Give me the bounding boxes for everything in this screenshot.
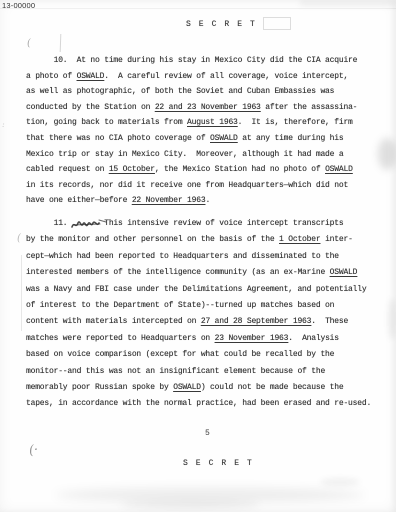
scan-artifact <box>0 8 396 9</box>
paragraph-10: 10. At no time during his stay in Mexico… <box>26 53 357 209</box>
text-line: tapes, in accordance with the normal pra… <box>26 396 371 412</box>
scan-artifact <box>300 0 396 6</box>
handwritten-edge-mark: : <box>2 120 5 129</box>
text-line: in its records, nor did it receive one f… <box>26 178 357 194</box>
page-number: 5 <box>205 429 210 438</box>
handwritten-paren-mark: ( <box>27 38 32 49</box>
document-page: 13-00000 S E C R E T ( : ( (· 10. At no … <box>0 0 396 512</box>
classification-header: S E C R E T <box>186 20 256 29</box>
scan-artifact <box>55 488 365 502</box>
handwritten-tick-mark <box>60 34 62 52</box>
scan-artifact <box>120 500 260 509</box>
text-line: have one either—before 22 November 1963. <box>26 193 357 209</box>
text-line: monitor--and this was not an insignifica… <box>26 364 371 380</box>
scan-artifact <box>388 298 396 340</box>
scan-artifact <box>320 478 360 486</box>
text-line: matches were reported to Headquarters on… <box>26 331 371 347</box>
text-line: 11. This intensive review of voice inter… <box>26 216 371 232</box>
text-line: based on voice comparison (except for wh… <box>26 347 371 363</box>
margin-line-mark <box>21 255 22 331</box>
text-line: by the monitor and other personnel on th… <box>26 232 371 248</box>
text-line: tion, going back to materials from Augus… <box>26 115 357 131</box>
text-line: was a Navy and FBI case under the Delimi… <box>26 282 371 298</box>
text-line: of interest to the Department of State)-… <box>26 298 371 314</box>
text-line: as well as photographic, of both the Sov… <box>26 84 357 100</box>
scan-artifact <box>378 138 396 170</box>
text-line: that there was no CIA photo coverage of … <box>26 131 357 147</box>
text-line: Mexico trip or stay in Mexico City. More… <box>26 147 357 163</box>
text-line: cabled request on 15 October, the Mexico… <box>26 162 357 178</box>
handwritten-paren-mark: (· <box>28 443 39 459</box>
classification-footer: S E C R E T <box>183 459 253 468</box>
text-line: interested members of the intelligence c… <box>26 265 371 281</box>
paragraph-11: 11. This intensive review of voice inter… <box>26 216 371 413</box>
text-line: content with materials intercepted on 27… <box>26 314 371 330</box>
stamp-box-mark <box>263 17 291 30</box>
text-line: cept—which had been reported to Headquar… <box>26 249 371 265</box>
text-line: memorably poor Russian spoke by OSWALD) … <box>26 380 371 396</box>
text-line: a photo of OSWALD. A careful review of a… <box>26 69 357 85</box>
handwritten-paren-mark: ( <box>17 233 21 244</box>
text-line: 10. At no time during his stay in Mexico… <box>26 53 357 69</box>
document-number: 13-00000 <box>2 1 35 10</box>
text-line: conducted by the Station on 22 and 23 No… <box>26 100 357 116</box>
